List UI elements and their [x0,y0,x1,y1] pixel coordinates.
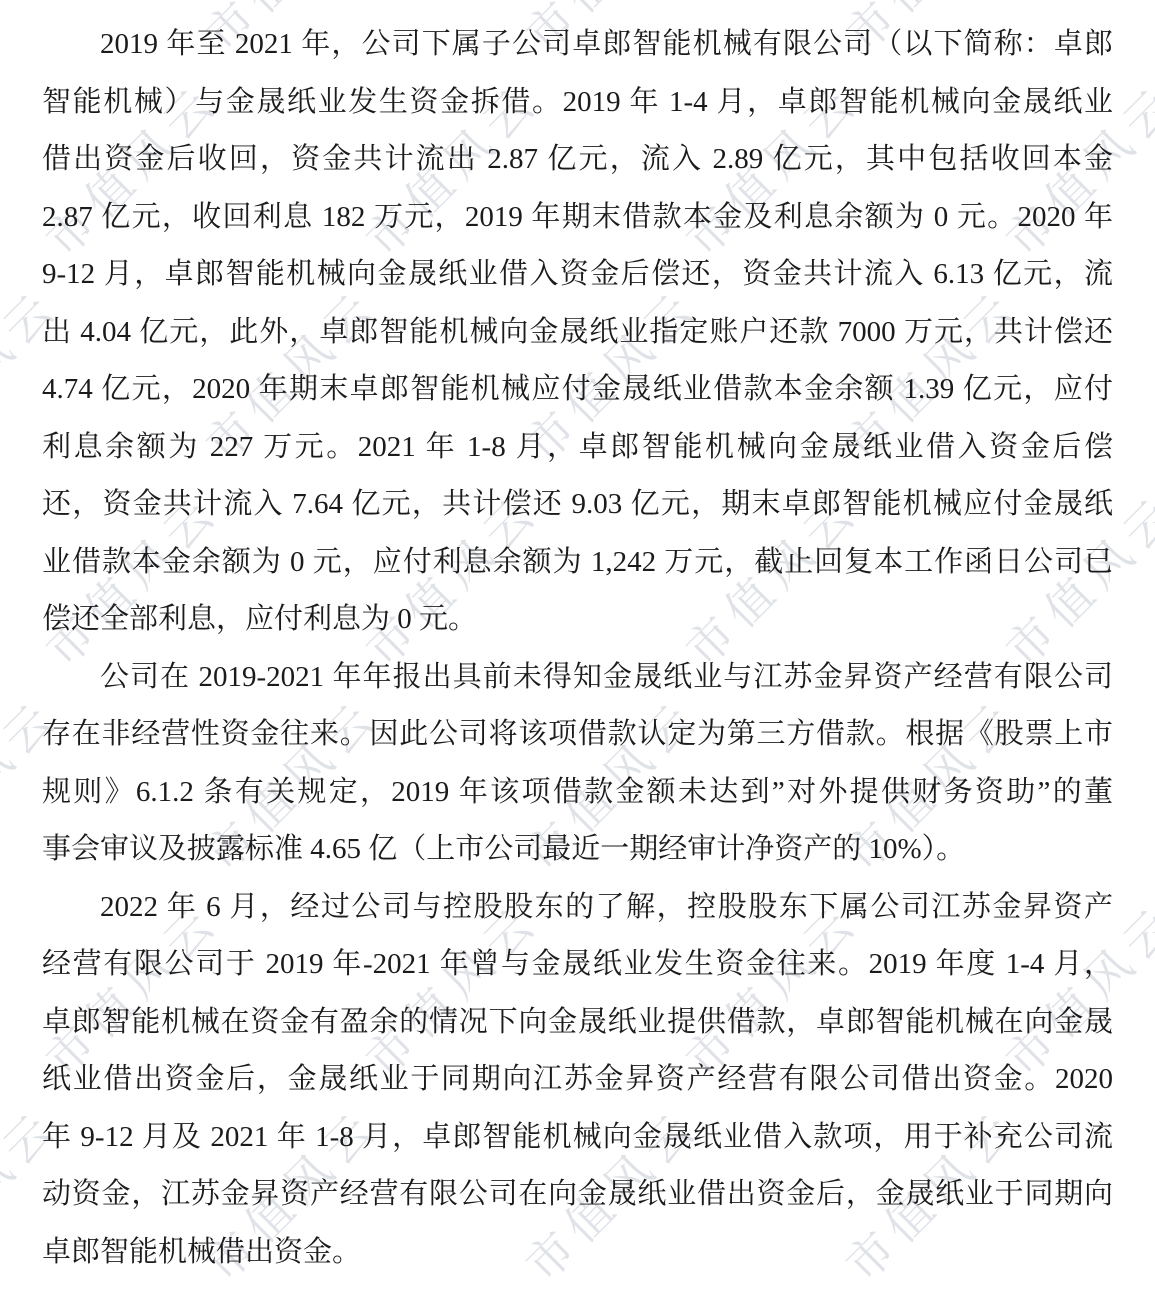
text-line: 事会审议及披露标准 4.65 亿（上市公司最近一期经审计净资产的 10%）。 [42,821,1113,879]
text-line: 9-12 月，卓郎智能机械向金晟纸业借入资金后偿还，资金共计流入 6.13 亿元… [42,246,1113,304]
text-line: 纸业借出资金后，金晟纸业于同期向江苏金昇资产经营有限公司借出资金。2020 [42,1051,1113,1109]
text-line: 出 4.04 亿元，此外，卓郎智能机械向金晟纸业指定账户还款 7000 万元，共… [42,304,1113,362]
text-line: 借出资金后收回，资金共计流出 2.87 亿元，流入 2.89 亿元，其中包括收回… [42,131,1113,189]
text-line: 2.87 亿元，收回利息 182 万元，2019 年期末借款本金及利息余额为 0… [42,189,1113,247]
document-page: 市值风云市值风云市值风云市值风云市值风云市值风云市值风云市值风云市值风云市值风云… [0,0,1155,1297]
text-line: 4.74 亿元，2020 年期末卓郎智能机械应付金晟纸业借款本金余额 1.39 … [42,361,1113,419]
text-line: 规则》6.1.2 条有关规定，2019 年该项借款金额未达到”对外提供财务资助”… [42,764,1113,822]
text-line: 公司在 2019-2021 年年报出具前未得知金晟纸业与江苏金昇资产经营有限公司 [42,649,1113,707]
text-line: 利息余额为 227 万元。2021 年 1-8 月，卓郎智能机械向金晟纸业借入资… [42,419,1113,477]
text-line: 偿还全部利息，应付利息为 0 元。 [42,591,1113,649]
text-line: 存在非经营性资金往来。因此公司将该项借款认定为第三方借款。根据《股票上市 [42,706,1113,764]
text-line: 卓郎智能机械借出资金。 [42,1224,1113,1282]
text-line: 还，资金共计流入 7.64 亿元，共计偿还 9.03 亿元，期末卓郎智能机械应付… [42,476,1113,534]
text-line: 智能机械）与金晟纸业发生资金拆借。2019 年 1-4 月，卓郎智能机械向金晟纸… [42,74,1113,132]
text-line: 业借款本金余额为 0 元，应付利息余额为 1,242 万元，截止回复本工作函日公… [42,534,1113,592]
text-line: 经营有限公司于 2019 年-2021 年曾与金晟纸业发生资金往来。2019 年… [42,936,1113,994]
text-line: 2019 年至 2021 年，公司下属子公司卓郎智能机械有限公司（以下简称：卓郎 [42,16,1113,74]
text-line: 2022 年 6 月，经过公司与控股股东的了解，控股股东下属公司江苏金昇资产 [42,879,1113,937]
text-line: 卓郎智能机械在资金有盈余的情况下向金晟纸业提供借款，卓郎智能机械在向金晟 [42,994,1113,1052]
document-content: 2019 年至 2021 年，公司下属子公司卓郎智能机械有限公司（以下简称：卓郎… [0,0,1155,1281]
text-line: 年 9-12 月及 2021 年 1-8 月，卓郎智能机械向金晟纸业借入款项，用… [42,1109,1113,1167]
text-line: 动资金，江苏金昇资产经营有限公司在向金晟纸业借出资金后，金晟纸业于同期向 [42,1166,1113,1224]
